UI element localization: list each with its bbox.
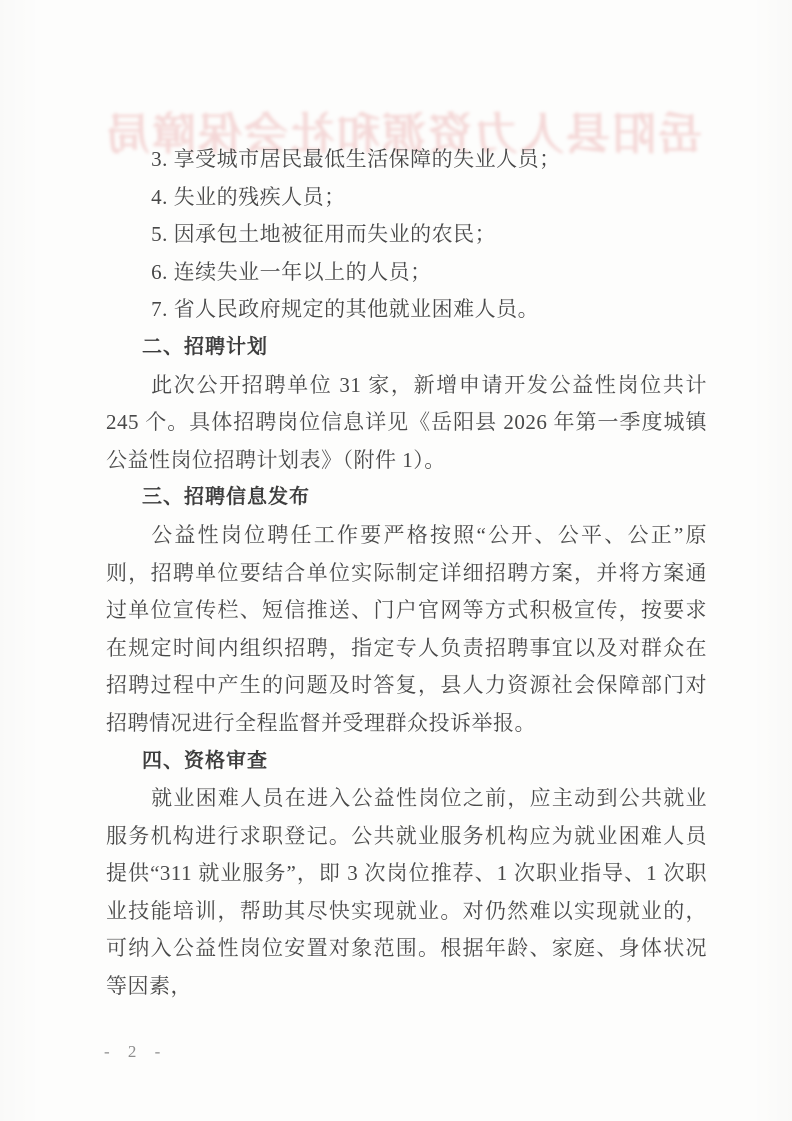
list-item-7: 7. 省人民政府规定的其他就业困难人员。 <box>106 291 707 329</box>
section-heading-info-release: 三、招聘信息发布 <box>106 479 707 517</box>
list-item-5: 5. 因承包土地被征用而失业的农民； <box>106 216 707 254</box>
list-item-6: 6. 连续失业一年以上的人员； <box>106 254 707 292</box>
scanned-document-page: 岳阳县人力资源和社会保障局 3. 享受城市居民最低生活保障的失业人员； 4. 失… <box>0 0 792 1121</box>
section-paragraph-recruitment-plan: 此次公开招聘单位 31 家，新增申请开发公益性岗位共计 245 个。具体招聘岗位… <box>106 367 707 480</box>
section-paragraph-qualification-review: 就业困难人员在进入公益性岗位之前，应主动到公共就业服务机构进行求职登记。公共就业… <box>106 780 707 1006</box>
section-heading-recruitment-plan: 二、招聘计划 <box>106 329 707 367</box>
document-body: 3. 享受城市居民最低生活保障的失业人员； 4. 失业的残疾人员； 5. 因承包… <box>106 141 707 1006</box>
list-item-3: 3. 享受城市居民最低生活保障的失业人员； <box>106 141 707 179</box>
section-heading-qualification-review: 四、资格审查 <box>106 743 707 781</box>
page-number: - 2 - <box>104 1042 167 1062</box>
section-paragraph-info-release: 公益性岗位聘任工作要严格按照“公开、公平、公正”原则，招聘单位要结合单位实际制定… <box>106 517 707 743</box>
list-item-4: 4. 失业的残疾人员； <box>106 179 707 217</box>
